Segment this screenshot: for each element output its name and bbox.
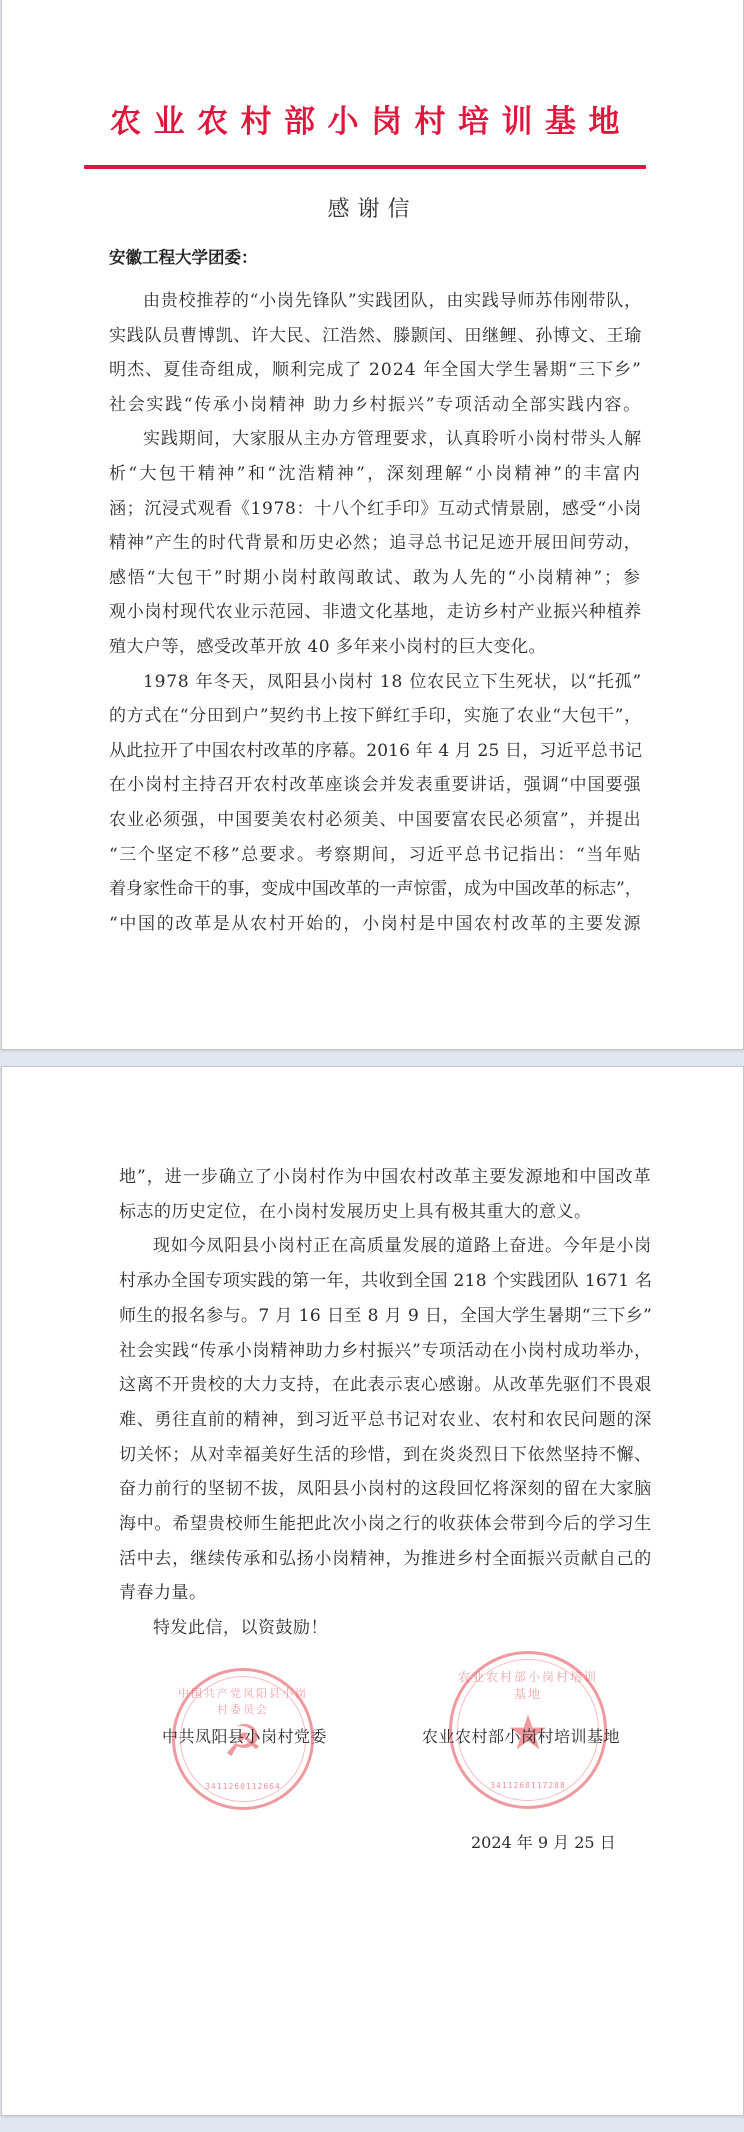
body-line: 实践期间，大家服从主办方管理要求，认真聆听小岗村带头人解: [143, 427, 642, 451]
body-line: “三个坚定不移”总要求。考察期间，习近平总书记指出：“当年贴: [109, 843, 642, 867]
body-line: 海中。希望贵校师生能把此次小岗之行的收获体会带到今后的学习生: [119, 1512, 652, 1536]
seal-code: 3411260117288: [452, 1781, 604, 1790]
body-line: 精神”产生的时代背景和历史必然；追寻总书记足迹开展田间劳动，: [109, 531, 642, 555]
letterhead-divider: [84, 165, 646, 169]
body-line: 的方式在“分田到户”契约书上按下鲜红手印，实施了农业“大包干”，: [109, 704, 642, 728]
body-line: 着身家性命干的事，变成中国改革的一声惊雷，成为中国改革的标志”，: [109, 877, 642, 901]
body-line: 青春力量。: [119, 1581, 207, 1605]
body-line: 村承办全国专项实践的第一年，共收到全国 218 个实践团队 1671 名: [119, 1269, 652, 1293]
body-line: 农业必须强，中国要美农村必须美、中国要富农民必须富”，并提出: [109, 808, 642, 832]
seal-text: 中国共产党凤阳县小岗村委员会: [175, 1685, 311, 1717]
letterhead-organization: 农业农村部小岗村培训基地: [110, 102, 615, 142]
body-line: 活中去，继续传承和弘扬小岗精神，为推进乡村全面振兴贡献自己的: [119, 1547, 652, 1571]
body-line: 观小岗村现代农业示范园、非遗文化基地，走访乡村产业振兴种植养: [109, 600, 642, 624]
body-line: 涵；沉浸式观看《1978：十八个红手印》互动式情景剧，感受“小岗: [109, 497, 642, 521]
body-line: 现如今凤阳县小岗村正在高质量发展的道路上奋进。今年是小岗: [153, 1234, 652, 1258]
letter-date: 2024 年 9 月 25 日: [471, 1832, 616, 1854]
body-line: 从此拉开了中国农村改革的序幕。2016 年 4 月 25 日，习近平总书记: [109, 739, 642, 763]
seal-text: 农业农村部小岗村培训基地: [452, 1668, 604, 1702]
body-line: 师生的报名参与。7 月 16 日至 8 月 9 日，全国大学生暑期“三下乡”: [119, 1304, 652, 1328]
signature-training-base: 农业农村部小岗村培训基地: [422, 1726, 620, 1748]
body-line: 奋力前行的坚韧不拔，凤阳县小岗村的这段回忆将深刻的留在大家脑: [119, 1477, 652, 1501]
document-page-1: 农业农村部小岗村培训基地 感谢信 安徽工程大学团委： 由贵校推荐的“小岗先锋队”…: [1, 0, 744, 1050]
body-line: 社会实践“传承小岗精神助力乡村振兴”专项活动在小岗村成功举办，: [119, 1339, 652, 1363]
body-line: 感悟“大包干”时期小岗村敢闯敢试、敢为人先的“小岗精神”；参: [109, 566, 642, 590]
salutation: 安徽工程大学团委：: [109, 246, 258, 270]
document-page-2: 地”，进一步确立了小岗村作为中国农村改革主要发源地和中国改革标志的历史定位，在小…: [1, 1066, 744, 2116]
body-line: 特发此信，以资鼓励！: [153, 1616, 328, 1640]
body-line: 社会实践“传承小岗精神 助力乡村振兴”专项活动全部实践内容。: [109, 393, 642, 417]
body-line: 难、勇往直前的精神，到习近平总书记对农业、农村和农民问题的深: [119, 1408, 652, 1432]
body-line: 由贵校推荐的“小岗先锋队”实践团队，由实践导师苏伟刚带队，: [143, 289, 642, 313]
signature-party-committee: 中共凤阳县小岗村党委: [162, 1726, 327, 1748]
body-line: 明杰、夏佳奇组成，顺利完成了 2024 年全国大学生暑期“三下乡”: [109, 358, 642, 382]
seal-code: 3411260112664: [175, 1782, 311, 1791]
body-line: 这离不开贵校的大力支持，在此表示衷心感谢。从改革先驱们不畏艰: [119, 1373, 652, 1397]
body-line: 地”，进一步确立了小岗村作为中国农村改革主要发源地和中国改革: [119, 1165, 652, 1189]
letter-title: 感谢信: [2, 195, 743, 225]
body-line: 殖大户等，感受改革开放 40 多年来小岗村的巨大变化。: [109, 635, 546, 659]
body-line: 析“大包干精神”和“沈浩精神”，深刻理解“小岗精神”的丰富内: [109, 462, 642, 486]
body-line: 在小岗村主持召开农村改革座谈会并发表重要讲话，强调“中国要强: [109, 773, 642, 797]
body-line: 切关怀；从对幸福美好生活的珍惜，到在炎炎烈日下依然坚持不懈、: [119, 1443, 652, 1467]
body-line: 1978 年冬天，凤阳县小岗村 18 位农民立下生死状，以“托孤”: [143, 670, 642, 694]
body-line: 实践队员曹博凯、许大民、江浩然、滕颢闰、田继鲤、孙博文、王瑜: [109, 324, 642, 348]
body-line: 标志的历史定位，在小岗村发展历史上具有极其重大的意义。: [119, 1200, 592, 1224]
body-line: “中国的改革是从农村开始的，小岗村是中国农村改革的主要发源: [109, 912, 642, 936]
